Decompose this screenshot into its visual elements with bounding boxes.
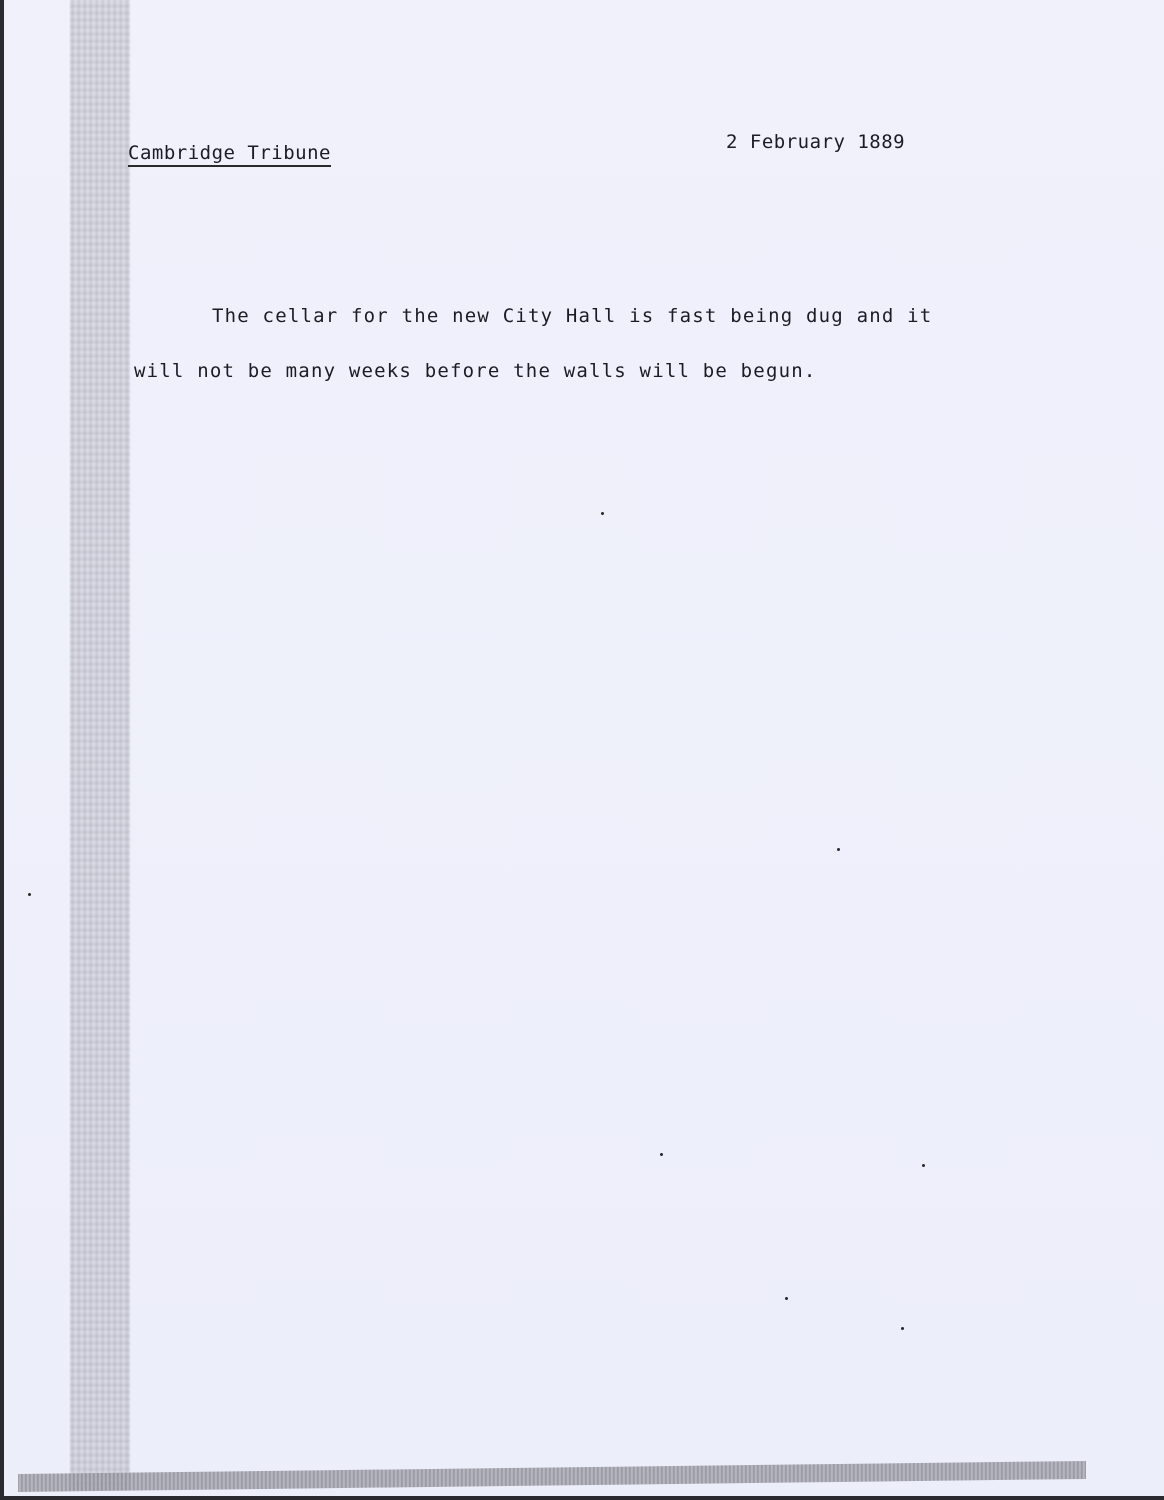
publication-name: Cambridge Tribune <box>128 142 331 167</box>
body-line: The cellar for the new City Hall is fast… <box>134 289 1014 344</box>
scan-speck <box>28 893 31 896</box>
scan-bottom-edge <box>18 1461 1086 1492</box>
scan-speck <box>837 848 840 851</box>
scan-speck <box>601 512 604 515</box>
scan-bottom-border <box>0 1496 1164 1500</box>
body-line: will not be many weeks before the walls … <box>134 344 1014 399</box>
scan-speck <box>785 1297 788 1300</box>
scan-speck <box>660 1153 663 1156</box>
scan-left-edge <box>0 0 4 1500</box>
article-date: 2 February 1889 <box>726 131 905 153</box>
article-body: The cellar for the new City Hall is fast… <box>134 289 1014 399</box>
scanned-page: Cambridge Tribune 2 February 1889 The ce… <box>0 0 1164 1500</box>
scan-speck <box>901 1327 904 1330</box>
scan-speck <box>922 1164 925 1167</box>
binding-shadow <box>70 0 130 1490</box>
